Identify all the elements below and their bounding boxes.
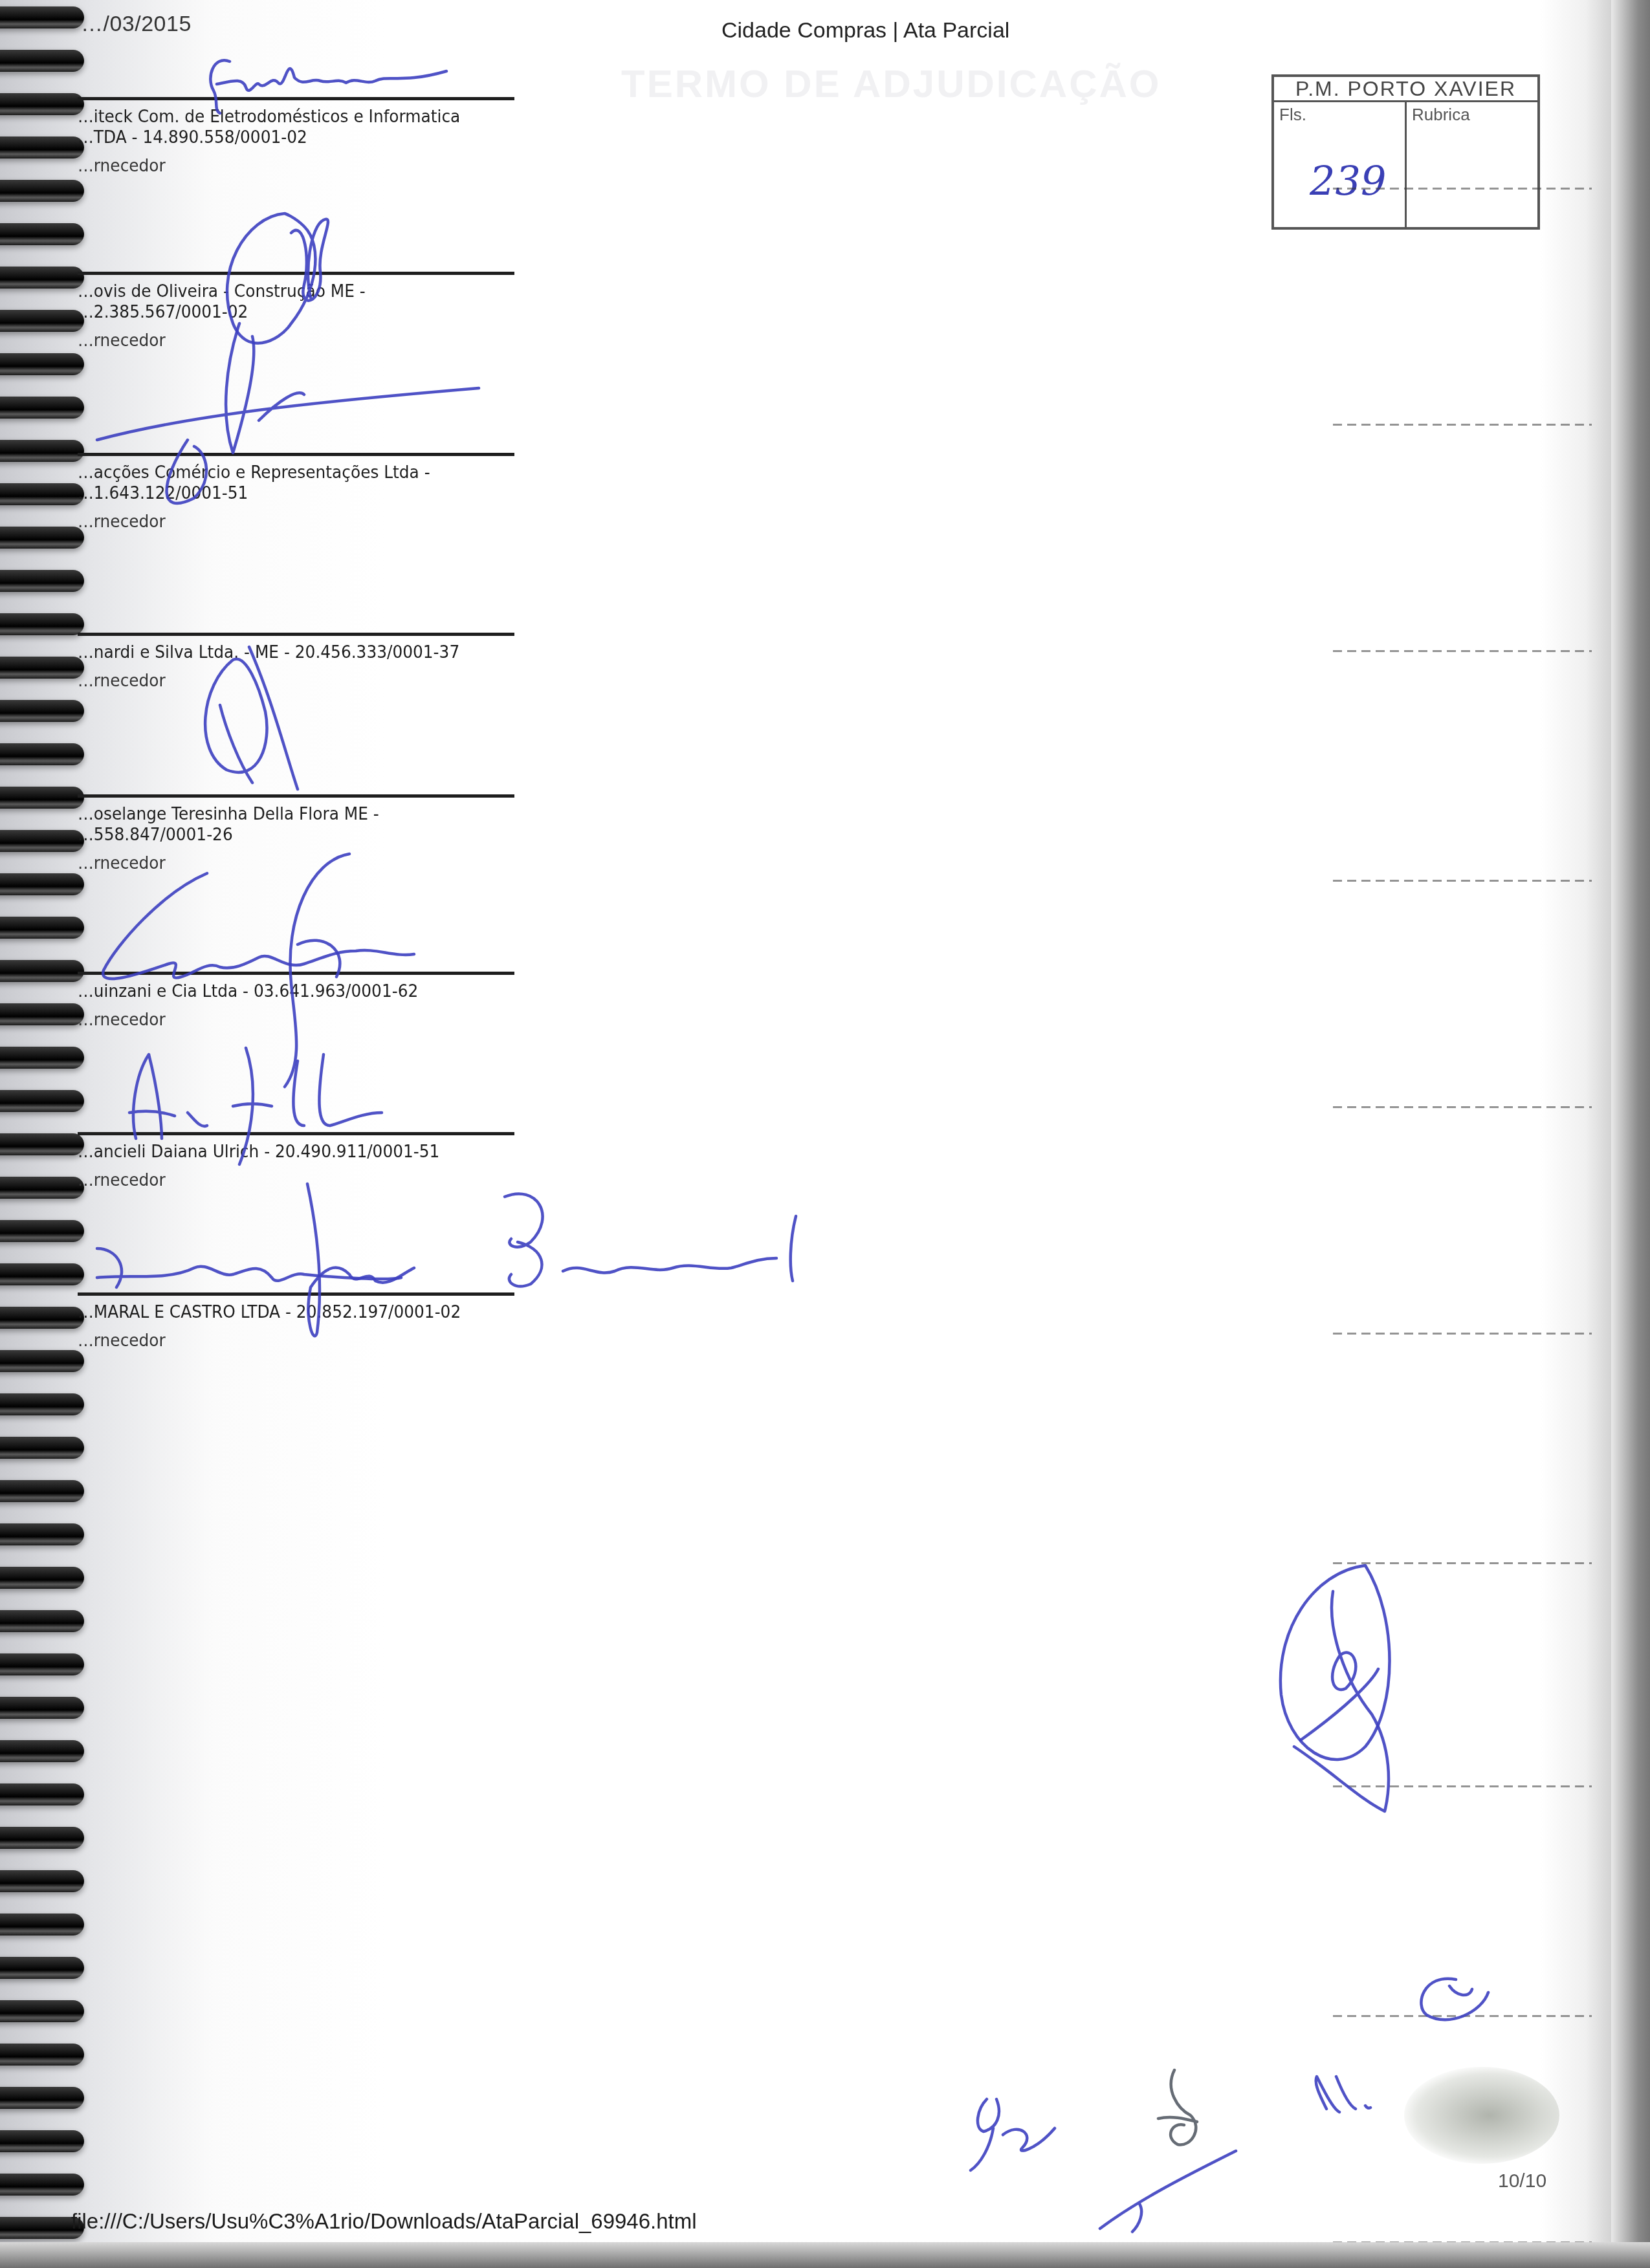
spiral-coil xyxy=(0,917,84,939)
stamp-sheet-cell: Fls. 239 xyxy=(1274,102,1405,229)
bleed-through-line xyxy=(1333,880,1592,882)
print-footer-url: file:///C:/Users/Usu%C3%A1rio/Downloads/… xyxy=(71,2209,697,2234)
print-date: …/03/2015 xyxy=(81,12,192,37)
spiral-coil xyxy=(0,1263,84,1285)
bleed-through-line xyxy=(1333,1106,1592,1108)
spiral-coil xyxy=(0,1307,84,1329)
spiral-coil xyxy=(0,657,84,679)
signature-line xyxy=(78,972,514,975)
spiral-coil xyxy=(0,613,84,635)
signatory-name: …ancieli Daiana Ulrich - 20.490.911/0001… xyxy=(78,1142,483,1162)
spiral-coil xyxy=(0,527,84,549)
signature-line xyxy=(78,1292,514,1296)
spiral-coil xyxy=(0,873,84,895)
spiral-coil xyxy=(0,440,84,462)
signatory-name: …oselange Teresinha Della Flora ME - …55… xyxy=(78,804,483,845)
page-edge-shadow xyxy=(1611,0,1650,2268)
spiral-coil xyxy=(0,1740,84,1762)
ink-smudge xyxy=(1404,2067,1559,2164)
document-title: Cidade Compras | Ata Parcial xyxy=(721,18,1009,43)
spiral-coil xyxy=(0,2000,84,2022)
signatory-role: …rnecedor xyxy=(78,156,483,176)
spiral-coil xyxy=(0,1827,84,1849)
spiral-coil xyxy=(0,2087,84,2109)
signatory-block: …ovis de Oliveira - Construção ME - …2.3… xyxy=(78,272,518,351)
signatory-block: …acções Comércio e Representações Ltda -… xyxy=(78,453,518,532)
spiral-coil xyxy=(0,1350,84,1372)
spiral-coil xyxy=(0,1480,84,1502)
spiral-coil xyxy=(0,1783,84,1805)
spiral-coil xyxy=(0,1697,84,1719)
spiral-coil xyxy=(0,1133,84,1155)
spiral-coil xyxy=(0,1220,84,1242)
spiral-coil xyxy=(0,310,84,332)
signature-line xyxy=(78,272,514,275)
bleed-through-line xyxy=(1333,1562,1592,1564)
spiral-coil xyxy=(0,1003,84,1025)
spiral-coil xyxy=(0,960,84,982)
signatory-role: …rnecedor xyxy=(78,1170,483,1190)
spiral-binding xyxy=(0,0,91,2268)
spiral-coil xyxy=(0,1047,84,1069)
spiral-coil xyxy=(0,267,84,289)
signatory-block: …ancieli Daiana Ulrich - 20.490.911/0001… xyxy=(78,1132,518,1190)
bleed-through-line xyxy=(1333,1785,1592,1787)
signatory-role: …rnecedor xyxy=(78,1010,483,1030)
spiral-coil xyxy=(0,1393,84,1415)
signatory-role: …rnecedor xyxy=(78,853,483,873)
stamp-sheet-number: 239 xyxy=(1310,157,1386,204)
spiral-coil xyxy=(0,2044,84,2066)
signatory-block: …nardi e Silva Ltda. - ME - 20.456.333/0… xyxy=(78,633,518,691)
signatory-role: …rnecedor xyxy=(78,1331,483,1351)
page-number: 10/10 xyxy=(1498,2170,1546,2192)
signatory-role: …rnecedor xyxy=(78,671,483,691)
spiral-coil xyxy=(0,93,84,115)
bleed-through-line xyxy=(1333,2015,1592,2017)
spiral-coil xyxy=(0,223,84,245)
signatory-name: …uinzani e Cia Ltda - 03.641.963/0001-62 xyxy=(78,981,483,1002)
spiral-coil xyxy=(0,397,84,419)
spiral-coil xyxy=(0,353,84,375)
signature-line xyxy=(78,633,514,636)
spiral-coil xyxy=(0,1090,84,1112)
signatory-block: …iteck Com. de Eletrodomésticos e Inform… xyxy=(78,97,518,176)
spiral-coil xyxy=(0,787,84,809)
spiral-coil xyxy=(0,1653,84,1675)
show-through-title: TERMO DE ADJUDICAÇÃO xyxy=(621,61,1161,106)
spiral-coil xyxy=(0,136,84,158)
bleed-through-line xyxy=(1333,188,1592,190)
signature-line xyxy=(78,97,514,100)
spiral-coil xyxy=(0,180,84,202)
signature-line xyxy=(78,453,514,456)
bleed-through-line xyxy=(1333,650,1592,652)
spiral-coil xyxy=(0,570,84,592)
stamp-initials-label: Rubrica xyxy=(1412,105,1470,125)
spiral-coil xyxy=(0,1177,84,1199)
signatory-name: …iteck Com. de Eletrodomésticos e Inform… xyxy=(78,107,483,148)
signatory-role: …rnecedor xyxy=(78,512,483,532)
spiral-coil xyxy=(0,1437,84,1459)
page-bottom-shadow xyxy=(0,2242,1650,2268)
signatory-name: …nardi e Silva Ltda. - ME - 20.456.333/0… xyxy=(78,642,483,663)
signature-line xyxy=(78,794,514,798)
spiral-coil xyxy=(0,2130,84,2152)
stamp-title: P.M. PORTO XAVIER xyxy=(1274,77,1537,102)
spiral-coil xyxy=(0,6,84,28)
stamp-initials-cell: Rubrica xyxy=(1405,102,1537,229)
signatory-block: …oselange Teresinha Della Flora ME - …55… xyxy=(78,794,518,873)
spiral-coil xyxy=(0,700,84,722)
signatory-name: …acções Comércio e Representações Ltda -… xyxy=(78,463,483,504)
spiral-coil xyxy=(0,1957,84,1979)
bleed-through-line xyxy=(1333,1333,1592,1335)
signatory-role: …rnecedor xyxy=(78,331,483,351)
spiral-coil xyxy=(0,483,84,505)
spiral-coil xyxy=(0,1523,84,1545)
municipal-stamp: P.M. PORTO XAVIER Fls. 239 Rubrica xyxy=(1271,74,1540,230)
spiral-coil xyxy=(0,1610,84,1632)
spiral-coil xyxy=(0,1914,84,1935)
signature-line xyxy=(78,1132,514,1135)
spiral-coil xyxy=(0,743,84,765)
stamp-sheet-label: Fls. xyxy=(1279,105,1306,125)
spiral-coil xyxy=(0,1567,84,1589)
spiral-coil xyxy=(0,2174,84,2196)
spiral-coil xyxy=(0,830,84,852)
signatory-block: …MARAL E CASTRO LTDA - 20.852.197/0001-0… xyxy=(78,1292,518,1351)
signatory-name: …MARAL E CASTRO LTDA - 20.852.197/0001-0… xyxy=(78,1302,483,1323)
signatory-name: …ovis de Oliveira - Construção ME - …2.3… xyxy=(78,281,483,323)
spiral-coil xyxy=(0,1870,84,1892)
bleed-through-line xyxy=(1333,424,1592,426)
signatory-block: …uinzani e Cia Ltda - 03.641.963/0001-62… xyxy=(78,972,518,1030)
spiral-coil xyxy=(0,50,84,72)
